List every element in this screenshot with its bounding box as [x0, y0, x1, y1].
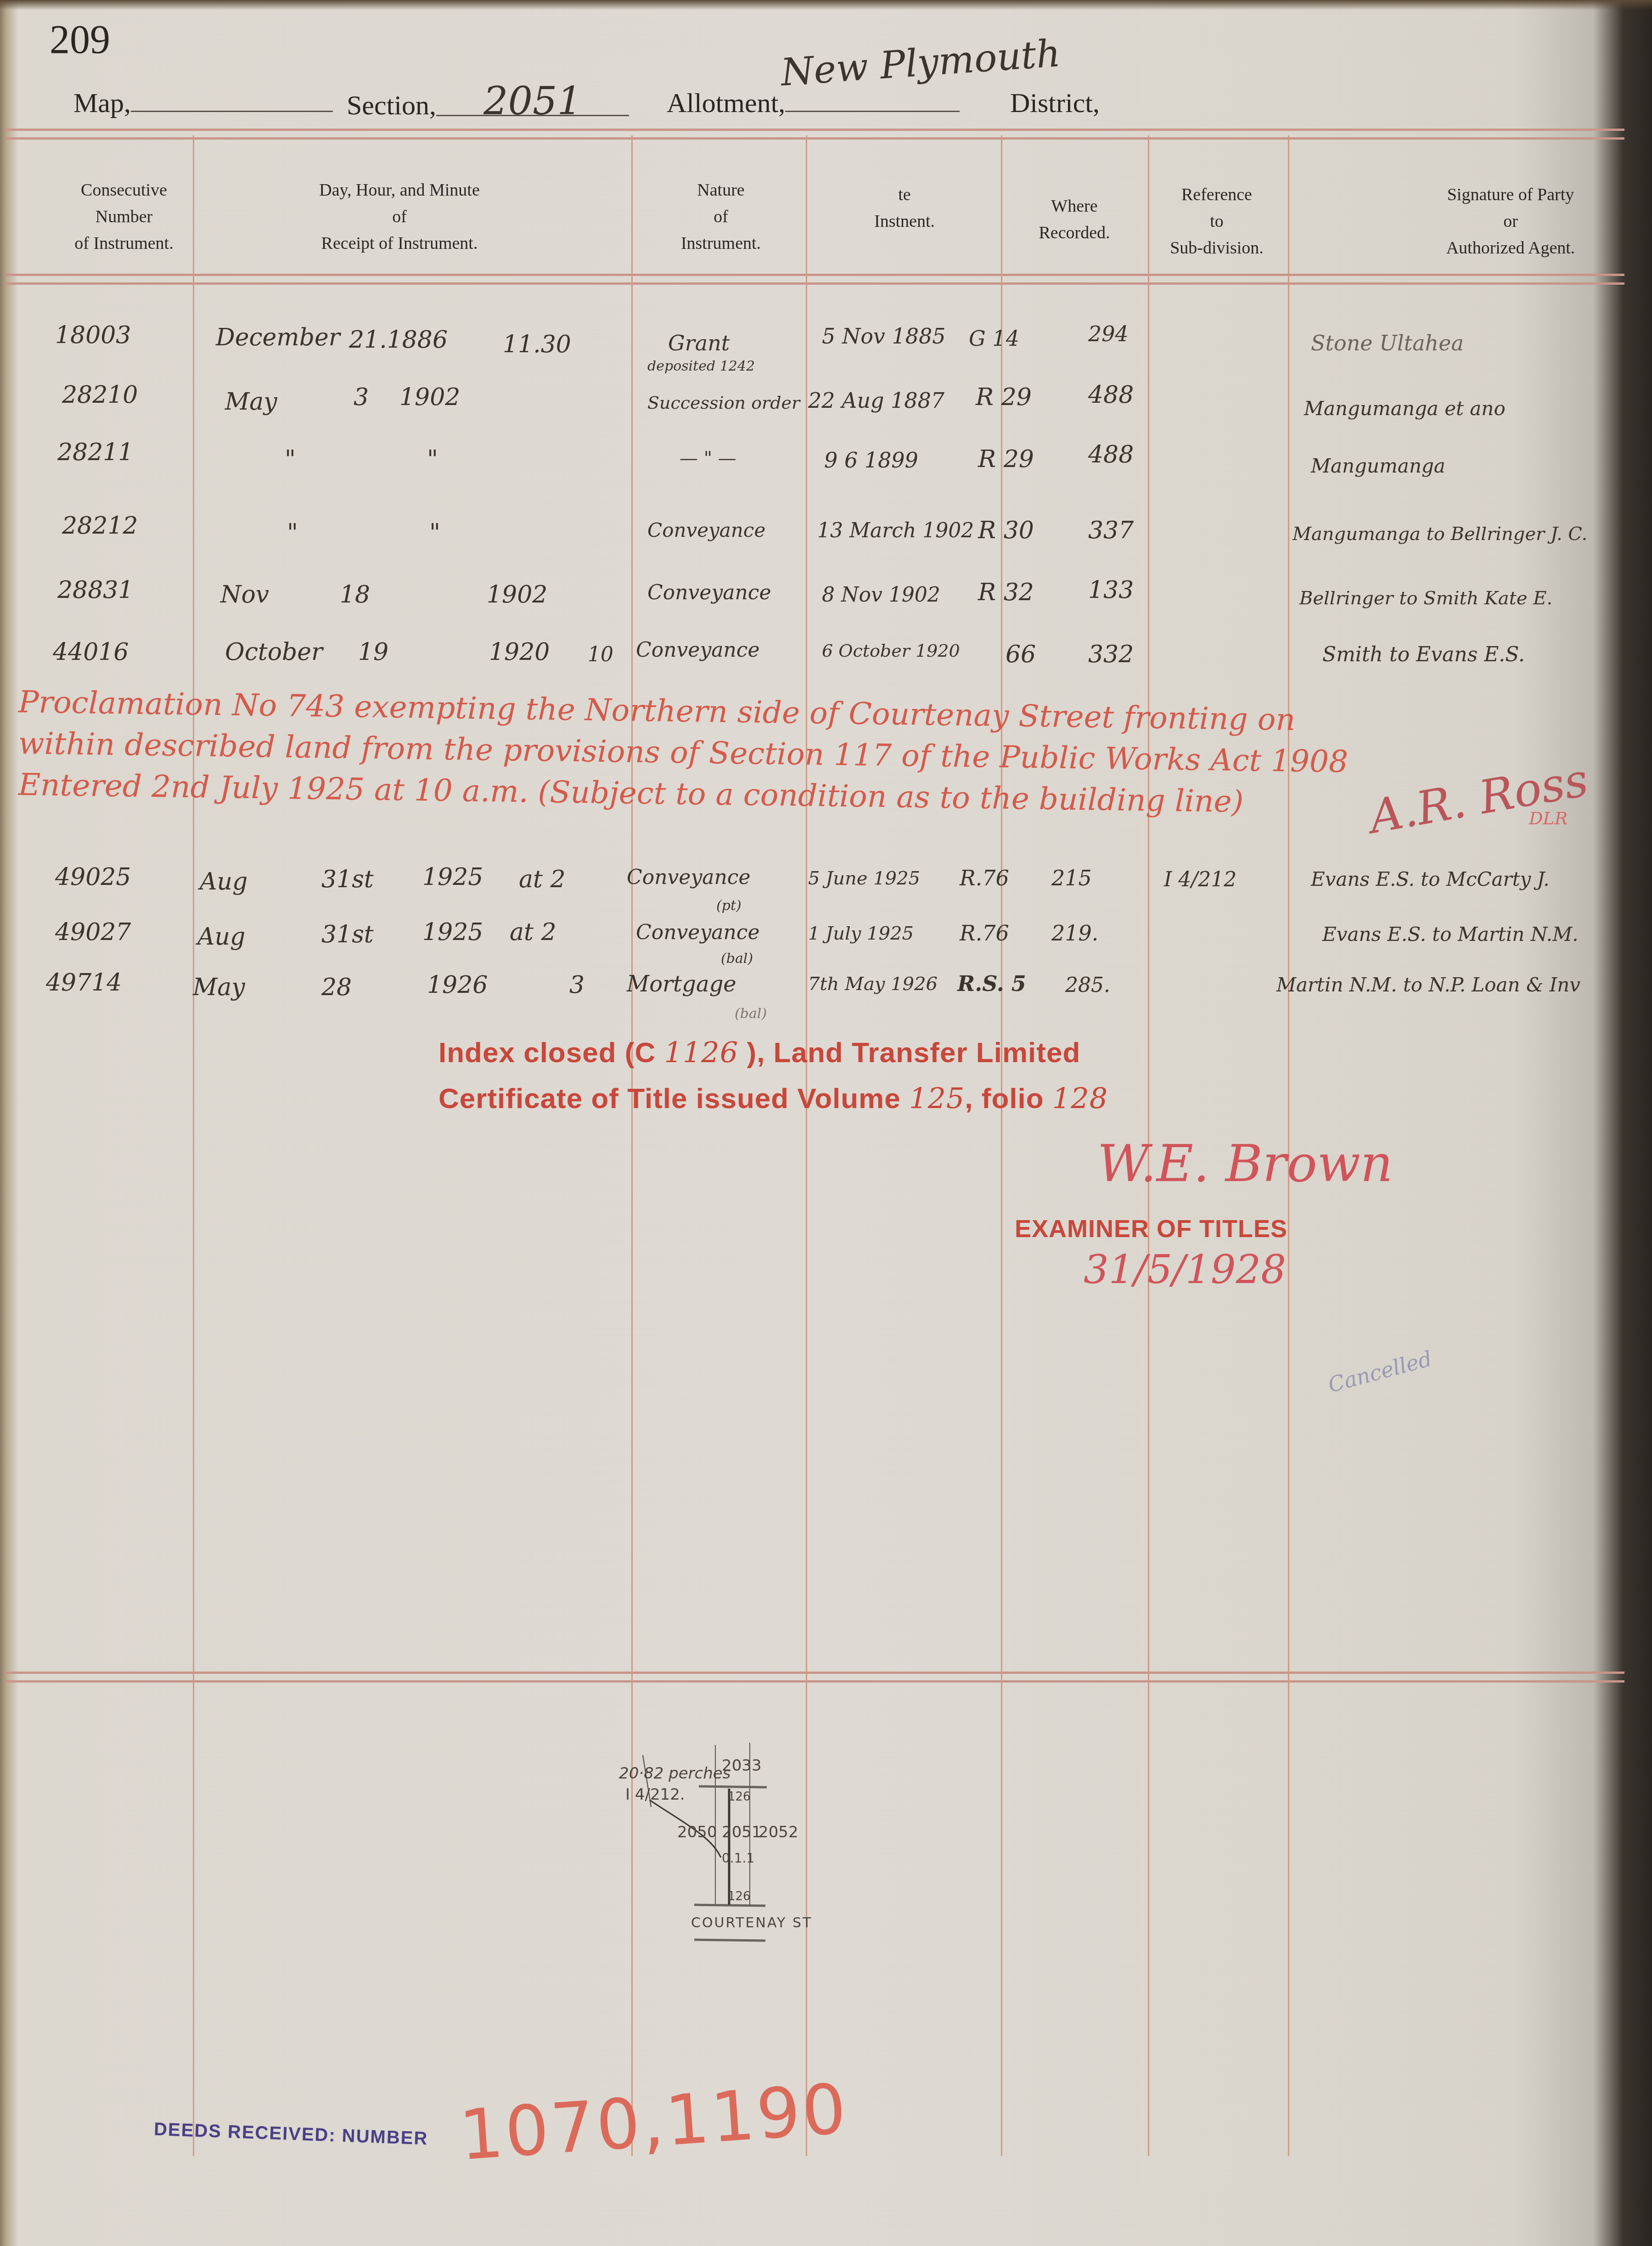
col-header-nature: Nature of Instrument. — [638, 177, 804, 257]
entry-number: 28212 — [62, 512, 138, 540]
entry-date: 7th May 1926 — [808, 974, 938, 995]
entry-reference: I 4/212 — [1164, 868, 1236, 891]
district-value: New Plymouth — [779, 32, 1062, 95]
entry-year-ditto: " — [429, 519, 440, 546]
header-section: Section,2051 — [347, 87, 629, 121]
entry-signature: Stone Ultahea — [1311, 331, 1464, 355]
entry-nature-note: (bal) — [721, 951, 753, 967]
entry-number: 18003 — [55, 321, 131, 349]
sketch-reference: I 4/212. — [625, 1785, 685, 1804]
entry-signature: Bellringer to Smith Kate E. — [1299, 588, 1552, 609]
lot-sketch: 20·82 perches I 4/212. 2033 2050 2051 20… — [597, 1722, 1056, 1952]
entry-where-folio: 215 — [1051, 866, 1092, 890]
entry-where-folio: 488 — [1088, 381, 1134, 409]
entry-where-folio: 337 — [1088, 517, 1134, 544]
entry-where-folio: 488 — [1088, 441, 1134, 468]
entry-month: December — [216, 324, 340, 351]
entry-date: 5 Nov 1885 — [822, 324, 946, 349]
entry-day: 28 — [321, 974, 352, 1001]
entry-where-folio: 294 — [1088, 321, 1129, 346]
pencil-note: Cancelled — [1326, 1346, 1434, 1397]
entry-year: 1902 — [399, 383, 460, 411]
entry-day: 18 — [340, 581, 370, 608]
entry-nature-note: deposited 1242 — [647, 358, 755, 374]
entry-number: 49027 — [55, 918, 131, 946]
header-allotment: Allotment, — [667, 87, 960, 119]
lot-sketch-lines — [597, 1722, 1056, 1952]
entry-year: 1902 — [487, 581, 547, 608]
entry-number: 28211 — [57, 439, 133, 466]
map-label: Map, — [73, 88, 131, 118]
entry-year: 1926 — [427, 971, 488, 999]
proclamation-signature: A.R. Ross — [1365, 753, 1592, 844]
col-header-reference: Reference to Sub-division. — [1148, 181, 1286, 261]
entry-where-folio: 332 — [1088, 641, 1134, 668]
entry-where-folio: 133 — [1088, 576, 1134, 604]
section-field: 2051 — [436, 87, 629, 116]
entry-time: at 2 — [510, 918, 556, 946]
entry-month: October — [225, 638, 323, 666]
entry-nature: Conveyance — [636, 921, 760, 944]
entry-number: 28831 — [57, 576, 133, 604]
entry-year: 1925 — [422, 918, 483, 946]
entry-signature: Evans E.S. to Martin N.M. — [1322, 923, 1578, 946]
volume-number: 125 — [909, 1081, 965, 1115]
sketch-dimension-top: 126 — [728, 1790, 751, 1804]
folio-number: 128 — [1052, 1081, 1108, 1115]
entry-nature: Conveyance — [647, 519, 765, 541]
entry-day: 31st — [321, 866, 374, 893]
entry-day: 31st — [321, 921, 374, 948]
entry-date: 5 June 1925 — [808, 868, 920, 889]
entry-month: Aug — [200, 868, 247, 895]
section-label: Section, — [347, 90, 436, 120]
entry-signature: Mangumanga et ano — [1304, 397, 1506, 420]
entry-date: 9 6 1899 — [824, 448, 918, 473]
deeds-received-label: DEEDS RECEIVED: NUMBER — [153, 2119, 428, 2150]
sketch-dimension-bottom: 126 — [728, 1890, 751, 1903]
entry-nature: Mortgage — [627, 971, 736, 997]
sketch-lot-center: 2051 — [722, 1823, 762, 1841]
entry-nature-note: (bal) — [735, 1006, 767, 1022]
proclamation-signature-title: DLR — [1529, 808, 1568, 828]
entry-number: 44016 — [53, 638, 129, 666]
sketch-small-label: 0.1.1 — [722, 1851, 754, 1866]
certificate-stamp: Certificate of Title issued Volume 125, … — [438, 1081, 1108, 1115]
entry-nature-ditto: — " — — [680, 448, 736, 469]
entry-where-book: R 30 — [978, 517, 1034, 544]
entry-time: at 2 — [519, 866, 566, 893]
index-closed-stamp: Index closed (C 1126 ), Land Transfer Li… — [438, 1036, 1080, 1069]
entry-date: 6 October 1920 — [822, 641, 960, 661]
entry-where-folio: 285. — [1065, 974, 1110, 997]
entry-day: 21.1886 — [349, 326, 448, 354]
map-field — [131, 88, 333, 112]
header-map: Map, — [73, 87, 333, 119]
col-header-receipt: Day, Hour, and Minute of Receipt of Inst… — [239, 177, 560, 257]
entry-where-book: R.76 — [960, 921, 1009, 946]
header-rule-bottom — [5, 274, 1624, 285]
sketch-area: 20·82 perches — [619, 1764, 731, 1783]
sketch-lot-west: 2050 — [677, 1823, 717, 1841]
entry-where-book: R.76 — [960, 866, 1009, 890]
entry-nature: Conveyance — [627, 866, 751, 889]
examiner-title: EXAMINER OF TITLES — [1015, 1215, 1287, 1243]
allotment-label: Allotment, — [667, 88, 785, 118]
entry-month-ditto: " — [287, 519, 298, 546]
entry-nature: Grant — [668, 331, 730, 355]
col-header-consecutive: Consecutive Number of Instrument. — [55, 177, 193, 257]
table-rule-bottom — [5, 1672, 1624, 1683]
entry-time: 3 — [569, 971, 584, 999]
entry-signature: Evans E.S. to McCarty J. — [1311, 868, 1550, 890]
entry-nature-note: (pt) — [716, 898, 742, 914]
entry-year-ditto: " — [427, 445, 438, 473]
entry-day: 19 — [358, 638, 388, 666]
col-header-signature: Signature of Party or Authorized Agent. — [1414, 181, 1607, 261]
entry-month: Nov — [220, 581, 269, 608]
entry-where-folio: 219. — [1051, 921, 1098, 946]
ledger-page: 209 New Plymouth Map, Section,2051 Allot… — [0, 0, 1652, 2246]
entry-where-book: R 32 — [978, 579, 1034, 606]
entry-year: 1920 — [489, 638, 550, 666]
sketch-street: COURTENAY ST — [691, 1915, 812, 1931]
entry-month: Aug — [197, 923, 245, 951]
entry-where-book: R 29 — [976, 383, 1032, 411]
examiner-date: 31/5/1928 — [1084, 1247, 1286, 1293]
entry-where-book: R 29 — [978, 445, 1034, 473]
entry-month: May — [193, 974, 245, 1001]
entry-signature: Mangumanga — [1311, 455, 1445, 477]
col-header-date: te Instnent. — [808, 181, 1001, 235]
entry-date: 22 Aug 1887 — [808, 388, 944, 413]
examiner-signature: W.E. Brown — [1097, 1134, 1393, 1193]
entry-day: 3 — [354, 383, 369, 411]
sketch-lot-east: 2052 — [759, 1823, 798, 1841]
entry-signature: Mangumanga to Bellringer J. C. — [1292, 524, 1587, 545]
entry-month: May — [225, 388, 277, 416]
entry-month-ditto: " — [285, 445, 296, 473]
entry-where-book: R.S. 5 — [957, 971, 1026, 996]
entry-number: 28210 — [62, 381, 138, 409]
entry-time: 11.30 — [503, 331, 571, 358]
deeds-received-number: 1070,1190 — [457, 2069, 850, 2176]
entry-where-book: G 14 — [969, 326, 1019, 351]
entry-nature: Succession order — [647, 393, 800, 413]
entry-number: 49025 — [55, 863, 131, 891]
entry-signature: Martin N.M. to N.P. Loan & Inv — [1276, 974, 1580, 996]
entry-time: 10 — [588, 643, 613, 666]
district-label: District, — [1010, 87, 1100, 119]
entry-nature: Conveyance — [647, 581, 771, 604]
entry-date: 13 March 1902 — [817, 519, 974, 542]
header-rule-top — [5, 129, 1624, 140]
entry-year: 1925 — [422, 863, 483, 891]
entry-date: 1 July 1925 — [808, 923, 914, 944]
entry-nature: Conveyance — [636, 638, 760, 662]
entry-signature: Smith to Evans E.S. — [1322, 643, 1525, 666]
entry-number: 49714 — [46, 969, 122, 996]
index-closed-number: 1126 — [664, 1036, 738, 1069]
allotment-field — [785, 88, 960, 112]
page-number: 209 — [50, 17, 110, 63]
entry-date: 8 Nov 1902 — [822, 583, 940, 607]
col-header-where: Where Recorded. — [1001, 193, 1148, 246]
sketch-lot-north: 2033 — [722, 1756, 762, 1775]
column-divider — [193, 135, 194, 2156]
entry-where-book: 66 — [1006, 641, 1036, 668]
